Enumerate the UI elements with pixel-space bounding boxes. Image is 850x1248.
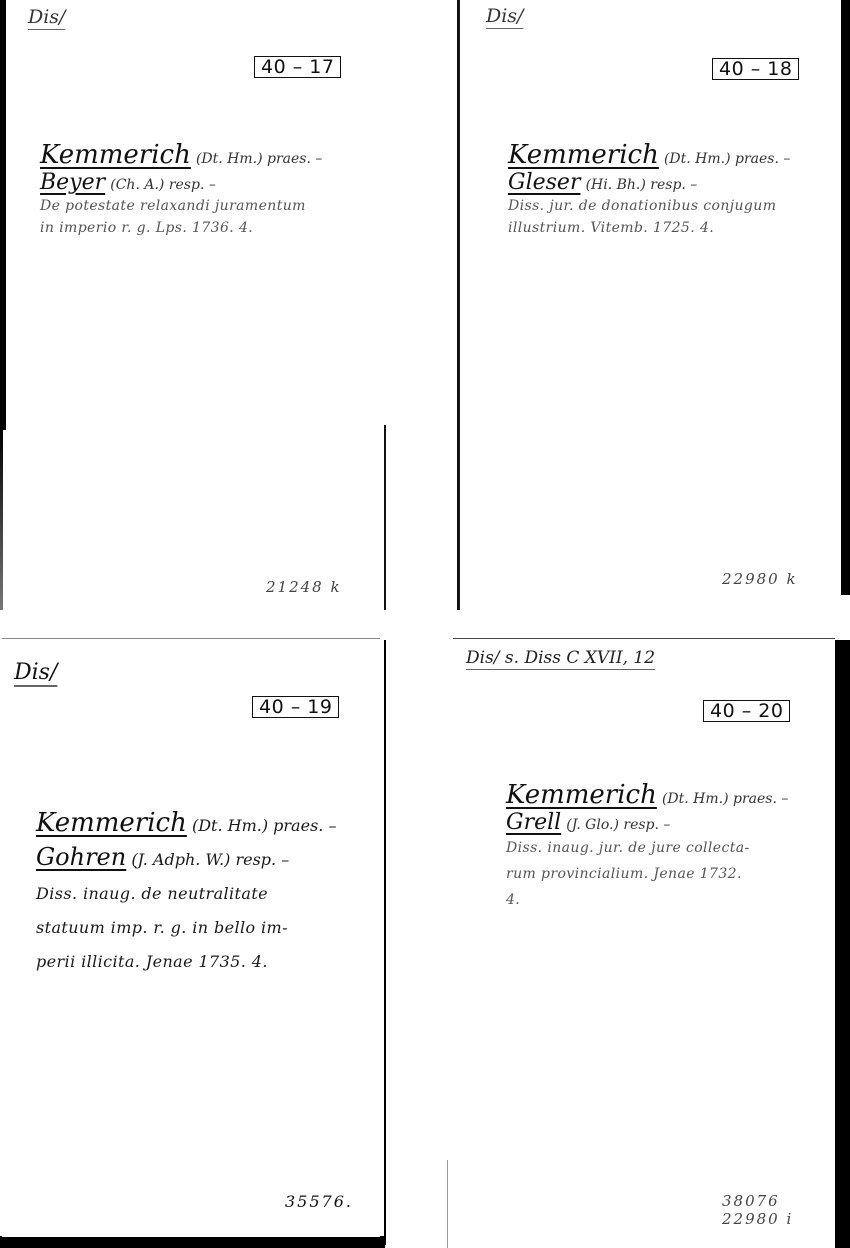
respondent-initials: (J. Adph. W.) resp. – bbox=[131, 850, 289, 869]
accession-number: 35576. bbox=[285, 1192, 353, 1211]
author-line: Kemmerich (Dt. Hm.) praes. – bbox=[36, 808, 336, 843]
call-number: 40 – 19 bbox=[252, 696, 339, 718]
author-line: Kemmerich (Dt. Hm.) praes. – bbox=[40, 140, 322, 170]
scan-border-left-fade bbox=[0, 430, 3, 610]
respondent-initials: (Ch. A.) resp. – bbox=[110, 177, 216, 193]
author-name: Kemmerich bbox=[506, 780, 657, 810]
author-initials: (Dt. Hm.) praes. – bbox=[662, 791, 788, 807]
catalog-entry: Kemmerich (Dt. Hm.) praes. – Grell (J. G… bbox=[506, 780, 788, 913]
title-line: illustrium. Vitemb. 1725. 4. bbox=[508, 217, 790, 239]
respondent-line: Gohren (J. Adph. W.) resp. – bbox=[36, 843, 336, 877]
accession-number-secondary: 22980 i bbox=[722, 1210, 793, 1228]
author-initials: (Dt. Hm.) praes. – bbox=[664, 151, 790, 167]
author-initials: (Dt. Hm.) praes. – bbox=[192, 816, 337, 835]
call-number: 40 – 20 bbox=[703, 700, 790, 722]
author-name: Kemmerich bbox=[40, 140, 191, 170]
call-number: 40 – 18 bbox=[712, 58, 799, 80]
author-name: Kemmerich bbox=[36, 808, 187, 838]
catalog-entry: Kemmerich (Dt. Hm.) praes. – Beyer (Ch. … bbox=[40, 140, 322, 239]
card-2-left-edge bbox=[457, 0, 459, 610]
scan-border-right-bottom bbox=[835, 640, 850, 1248]
shelf-mark: Dis/ bbox=[486, 5, 523, 27]
title-line: in imperio r. g. Lps. 1736. 4. bbox=[40, 217, 322, 239]
scan-border-bottom bbox=[0, 1236, 385, 1248]
respondent-initials: (J. Glo.) resp. – bbox=[566, 817, 670, 833]
accession-number: 21248 k bbox=[266, 578, 342, 596]
catalog-card-40-18 bbox=[459, 0, 841, 610]
respondent-line: Grell (J. Glo.) resp. – bbox=[506, 810, 788, 835]
title-line: Diss. inaug. jur. de jure collecta- bbox=[506, 835, 788, 861]
respondent-name: Gohren bbox=[36, 843, 126, 871]
respondent-name: Grell bbox=[506, 810, 561, 835]
card-4-left-edge bbox=[447, 1160, 448, 1248]
catalog-entry: Kemmerich (Dt. Hm.) praes. – Gohren (J. … bbox=[36, 808, 336, 979]
catalog-entry: Kemmerich (Dt. Hm.) praes. – Gleser (Hi.… bbox=[508, 140, 790, 239]
author-name: Kemmerich bbox=[508, 140, 659, 170]
accession-numbers: 38076 22980 i bbox=[722, 1192, 793, 1228]
respondent-initials: (Hi. Bh.) resp. – bbox=[586, 177, 698, 193]
scan-border-right-top bbox=[840, 0, 850, 595]
respondent-name: Gleser bbox=[508, 170, 580, 195]
shelf-mark: Dis/ s. Diss C XVII, 12 bbox=[466, 648, 655, 668]
card-3-right-edge bbox=[384, 640, 386, 1245]
scanned-catalog-cards: Dis/ 40 – 17 Kemmerich (Dt. Hm.) praes. … bbox=[0, 0, 850, 1248]
title-line: perii illicita. Jenae 1735. 4. bbox=[36, 945, 336, 979]
accession-number: 38076 bbox=[722, 1192, 793, 1210]
title-line: Diss. inaug. de neutralitate bbox=[36, 877, 336, 911]
respondent-line: Beyer (Ch. A.) resp. – bbox=[40, 170, 322, 195]
author-line: Kemmerich (Dt. Hm.) praes. – bbox=[506, 780, 788, 810]
author-initials: (Dt. Hm.) praes. – bbox=[196, 151, 322, 167]
accession-number: 22980 k bbox=[722, 570, 798, 588]
title-line: 4. bbox=[506, 887, 788, 913]
call-number: 40 – 17 bbox=[254, 56, 341, 78]
card-1-right-edge bbox=[384, 425, 386, 610]
title-line: De potestate relaxandi juramentum bbox=[40, 195, 322, 217]
title-line: Diss. jur. de donationibus conjugum bbox=[508, 195, 790, 217]
catalog-card-40-20 bbox=[453, 638, 835, 1248]
shelf-mark: Dis/ bbox=[28, 6, 65, 28]
title-line: statuum imp. r. g. in bello im- bbox=[36, 911, 336, 945]
catalog-card-40-17 bbox=[6, 0, 384, 610]
author-line: Kemmerich (Dt. Hm.) praes. – bbox=[508, 140, 790, 170]
shelf-mark: Dis/ bbox=[14, 660, 57, 685]
respondent-line: Gleser (Hi. Bh.) resp. – bbox=[508, 170, 790, 195]
respondent-name: Beyer bbox=[40, 170, 105, 195]
title-line: rum provincialium. Jenae 1732. bbox=[506, 861, 788, 887]
